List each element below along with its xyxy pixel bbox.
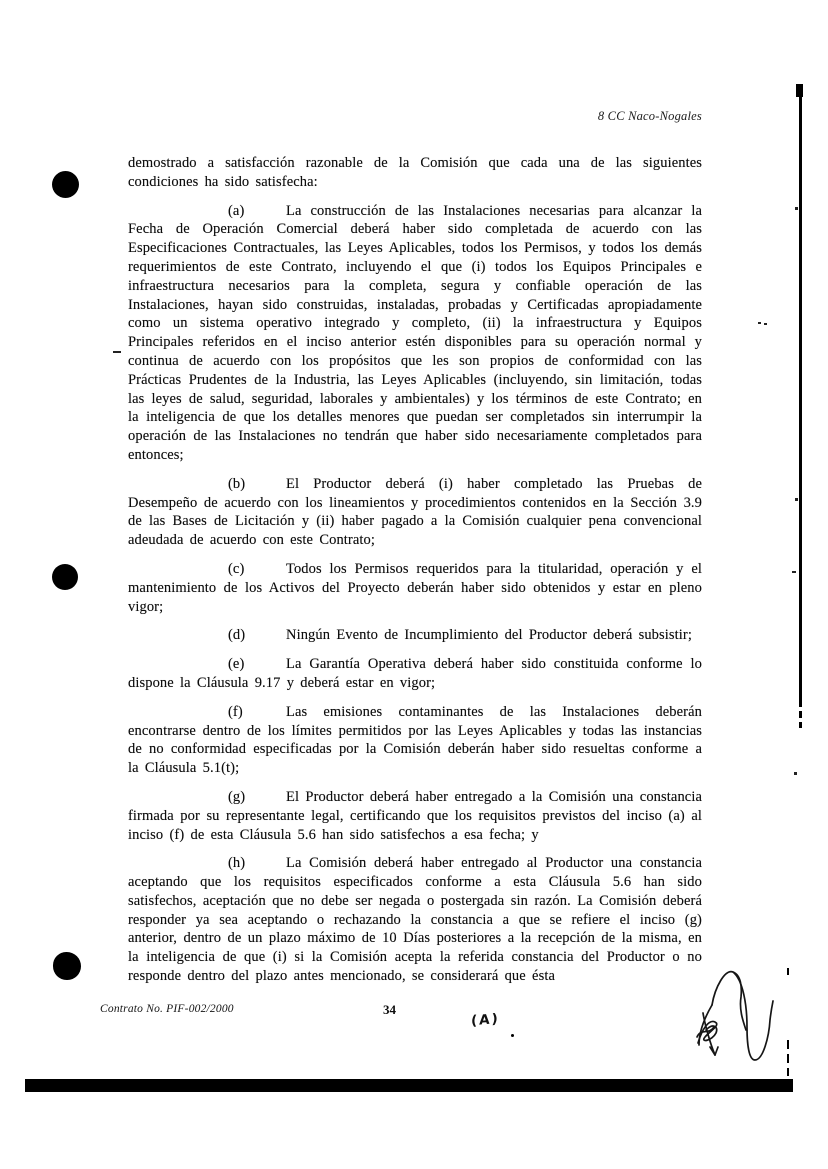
footer-contract-number: Contrato No. PIF-002/2000 (100, 1003, 234, 1015)
clause-a-text: La construcción de las Instalaciones nec… (128, 203, 702, 463)
clause-d-text: Ningún Evento de Incumplimiento del Prod… (286, 627, 692, 643)
clause-f-label: (f) (228, 703, 286, 722)
clause-d: (d)Ningún Evento de Incumplimiento del P… (128, 626, 702, 645)
handwritten-annotation: (A) (471, 1011, 500, 1030)
scan-speck (795, 498, 798, 501)
clause-e-text: La Garantía Operativa deberá haber sido … (128, 656, 702, 691)
scan-edge-line-head (796, 84, 803, 97)
contract-text-block: demostrado a satisfacción razonable de l… (128, 154, 702, 996)
clause-c-text: Todos los Permisos requeridos para la ti… (128, 561, 702, 615)
clause-f: (f)Las emisiones contaminantes de las In… (128, 703, 702, 778)
scan-edge-line (799, 84, 802, 707)
clause-h-label: (h) (228, 854, 286, 873)
clause-g-text: El Productor deberá haber entregado a la… (128, 789, 702, 843)
intro-paragraph: demostrado a satisfacción razonable de l… (128, 154, 702, 192)
scan-speck (113, 351, 121, 353)
scan-edge-dash (799, 711, 802, 718)
hole-punch-mark (53, 952, 81, 980)
clause-f-text: Las emisiones contaminantes de las Insta… (128, 704, 702, 776)
hole-punch-mark (52, 171, 79, 198)
scanned-contract-page: 8 CC Naco-Nogales demostrado a satisfacc… (0, 0, 828, 1169)
scan-speck (795, 207, 798, 210)
header-document-tag: 8 CC Naco-Nogales (598, 109, 702, 124)
clause-a: (a)La construcción de las Instalaciones … (128, 202, 702, 465)
clause-g-label: (g) (228, 788, 286, 807)
scan-edge-dash (799, 722, 802, 728)
clause-d-label: (d) (228, 626, 286, 645)
hole-punch-mark (52, 564, 78, 590)
clause-b-label: (b) (228, 475, 286, 494)
clause-c: (c)Todos los Permisos requeridos para la… (128, 560, 702, 616)
handwritten-dot (511, 1034, 514, 1037)
scan-speck (792, 571, 796, 573)
bottom-scan-bar (25, 1079, 793, 1092)
clause-e-label: (e) (228, 655, 286, 674)
scan-speck (758, 322, 761, 324)
page-number: 34 (383, 1002, 396, 1018)
signature-scribble (685, 925, 795, 1075)
clause-h: (h)La Comisión deberá haber entregado al… (128, 854, 702, 986)
scan-speck (764, 323, 767, 325)
clause-c-label: (c) (228, 560, 286, 579)
clause-h-text: La Comisión deberá haber entregado al Pr… (128, 855, 702, 984)
clause-e: (e)La Garantía Operativa deberá haber si… (128, 655, 702, 693)
clause-g: (g)El Productor deberá haber entregado a… (128, 788, 702, 844)
clause-b: (b)El Productor deberá (i) haber complet… (128, 475, 702, 550)
clause-a-label: (a) (228, 202, 286, 221)
clause-b-text: El Productor deberá (i) haber completado… (128, 476, 702, 548)
scan-speck (794, 772, 797, 775)
